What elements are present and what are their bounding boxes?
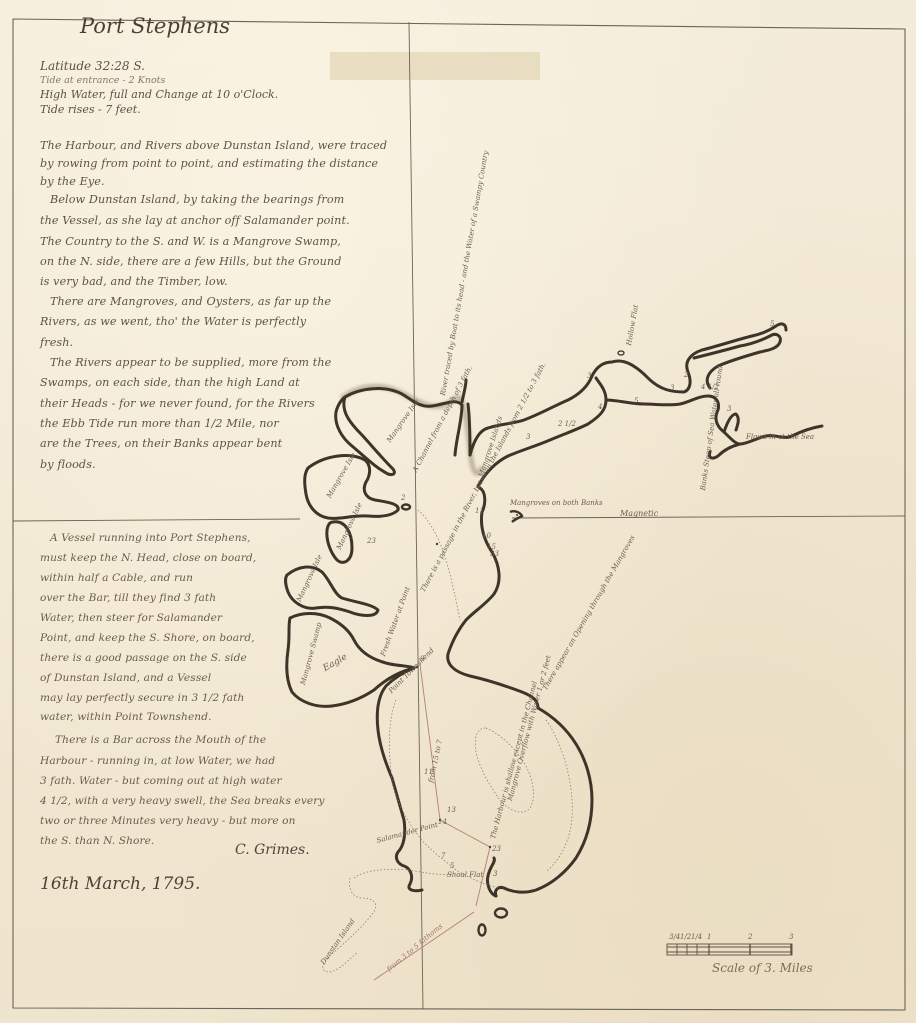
sounding: 7 (441, 852, 445, 860)
description-line: on the N. side, there are a few Hills, b… (40, 256, 341, 267)
scale-tick: 1 (707, 933, 711, 941)
sounding: 3 (526, 433, 530, 441)
directions-line: A Vessel running into Port Stephens, (50, 533, 251, 544)
date: 16th March, 1795. (40, 876, 200, 893)
directions-line: Water, then steer for Salamander (40, 613, 222, 624)
description-line: the Vessel, as she lay at anchor off Sal… (40, 215, 350, 226)
shoal-outlines (323, 510, 573, 972)
sounding: 3 (493, 870, 497, 878)
description-line: are the Trees, on their Banks appear ben… (40, 438, 282, 449)
label-magnetic: Magnetic (620, 510, 658, 518)
bar-note-line: the S. than N. Shore. (40, 836, 155, 847)
directions-line: may lay perfectly secure in 3 1/2 fath (40, 693, 244, 704)
high-water-note: High Water, full and Change at 10 o'Cloc… (40, 89, 278, 100)
bar-note-line: There is a Bar across the Mouth of the (55, 735, 266, 746)
description-line: The Harbour, and Rivers above Dunstan Is… (40, 140, 387, 151)
label-flow-note: Flows in at the Sea (746, 434, 814, 441)
tide-rise-note: Tide rises - 7 feet. (40, 104, 141, 115)
bar-note-line: Harbour - running in, at low Water, we h… (40, 756, 275, 767)
sounding: 3 (670, 384, 674, 392)
directions-line: within half a Cable, and run (40, 573, 193, 584)
description-line: fresh. (40, 337, 73, 348)
label-shoal-flat: Shoal Flat (447, 872, 483, 879)
scale-tick: 3/4 (669, 933, 680, 941)
sounding: 5 (634, 397, 638, 405)
sounding: 10 (482, 532, 491, 540)
bar-note-line: 4 1/2, with a very heavy swell, the Sea … (40, 796, 325, 807)
signature: C. Grimes. (235, 843, 310, 857)
sounding: 4 (598, 403, 602, 411)
description-line: There are Mangroves, and Oysters, as far… (50, 296, 331, 307)
scale-tick: 1/4 (691, 933, 702, 941)
description-line: The Rivers appear to be supplied, more f… (50, 357, 331, 368)
scale-tick: 2 (748, 933, 752, 941)
sounding: 11 (475, 507, 484, 515)
description-line: The Country to the S. and W. is a Mangro… (40, 236, 341, 247)
description-line: by the Eye. (40, 176, 105, 187)
bar-note-line: two or three Minutes very heavy - but mo… (40, 816, 296, 827)
directions-line: over the Bar, till they find 3 fath (40, 593, 216, 604)
sounding: 23 (492, 845, 501, 853)
description-line: Below Dunstan Island, by taking the bear… (50, 194, 344, 205)
sounding: 4 1/2 (701, 383, 719, 391)
chart-title: Port Stephens (80, 16, 230, 37)
description-line: by rowing from point to point, and estim… (40, 158, 378, 169)
scale-label: Scale of 3. Miles (712, 962, 813, 974)
sounding: 33 (490, 550, 499, 558)
tide-entrance-note: Tide at entrance - 2 Knots (40, 76, 165, 86)
sounding: 13 (447, 806, 456, 814)
sounding: 5 (450, 862, 454, 870)
sounding: 2 (684, 371, 688, 379)
description-line: the Ebb Tide run more than 1/2 Mile, nor (40, 418, 279, 429)
scale-bar (667, 944, 792, 955)
sounding: 3 (727, 405, 731, 413)
directions-line: there is a good passage on the S. side (40, 653, 247, 664)
sounding: 3 (587, 372, 591, 380)
sounding: 23 (367, 537, 376, 545)
directions-line: water, within Point Townshend. (40, 712, 212, 723)
directions-line: of Dunstan Island, and a Vessel (40, 673, 211, 684)
sounding: 2 (401, 494, 405, 502)
latitude-note: Latitude 32:28 S. (40, 60, 145, 72)
description-line: Rivers, as we went, tho' the Water is pe… (40, 316, 306, 327)
sounding: 5 (770, 320, 774, 328)
description-line: is very bad, and the Timber, low. (40, 276, 228, 287)
bar-note-line: 3 fath. Water - but coming out at high w… (40, 776, 282, 787)
sounding: 2 1/2 (558, 420, 576, 428)
directions-line: Point, and keep the S. Shore, on board, (40, 633, 255, 644)
directions-line: must keep the N. Head, close on board, (40, 553, 256, 564)
label-mangroves-both-banks: Mangroves on both Banks (510, 500, 603, 507)
sounding: 11 (424, 768, 433, 776)
sounding: 9 (420, 655, 424, 663)
scale-tick: 1/2 (680, 933, 691, 941)
coastline (286, 324, 822, 896)
scale-tick: 3 (789, 933, 793, 941)
chart-drawing (0, 0, 916, 1023)
description-line: by floods. (40, 459, 96, 470)
description-line: their Heads - for we never found, for th… (40, 398, 315, 409)
description-line: Swamps, on each side, than the high Land… (40, 377, 300, 388)
sounding: 14 (438, 818, 447, 826)
